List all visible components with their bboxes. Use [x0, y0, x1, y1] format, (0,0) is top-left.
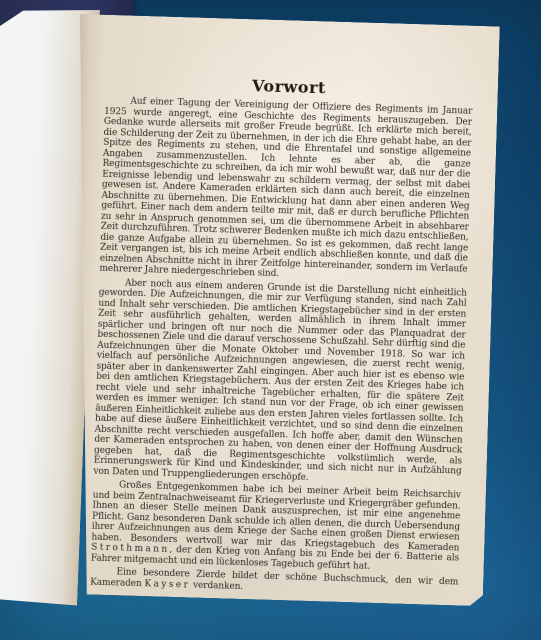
paragraph-2: Aber noch aus einem anderen Grunde ist d…: [93, 277, 467, 487]
page-number: 3: [435, 620, 457, 634]
book-photo-scene: Vorwort Auf einer Tagung der Vereinigung…: [0, 0, 541, 640]
printers-signature-mark: 1*: [79, 612, 88, 621]
dateline-rest: , den 28. April 1930.: [147, 597, 251, 611]
paragraph-3: Großes Entgegenkommen habe ich bei meine…: [91, 480, 461, 575]
paragraph-3-text: Großes Entgegenkommen habe ich bei meine…: [91, 480, 461, 553]
page-text-block: Vorwort Auf einer Tagung der Vereinigung…: [89, 15, 475, 634]
book-page: Vorwort Auf einer Tagung der Vereinigung…: [63, 14, 500, 606]
dateline-place: Kiel: [117, 596, 147, 608]
paragraph-1: Auf einer Tagung der Vereinigung der Off…: [99, 96, 472, 285]
author-signature: Kohlbach.: [381, 604, 458, 617]
paragraph-4-text-end: verdanken.: [190, 580, 243, 592]
letterspaced-name-kayser: Kayser: [144, 579, 190, 590]
page-footer: 1* 3: [89, 610, 457, 634]
dateline-row: Kiel, den 28. April 1930. Kohlbach.: [89, 596, 457, 618]
dateline: Kiel, den 28. April 1930.: [89, 596, 251, 612]
